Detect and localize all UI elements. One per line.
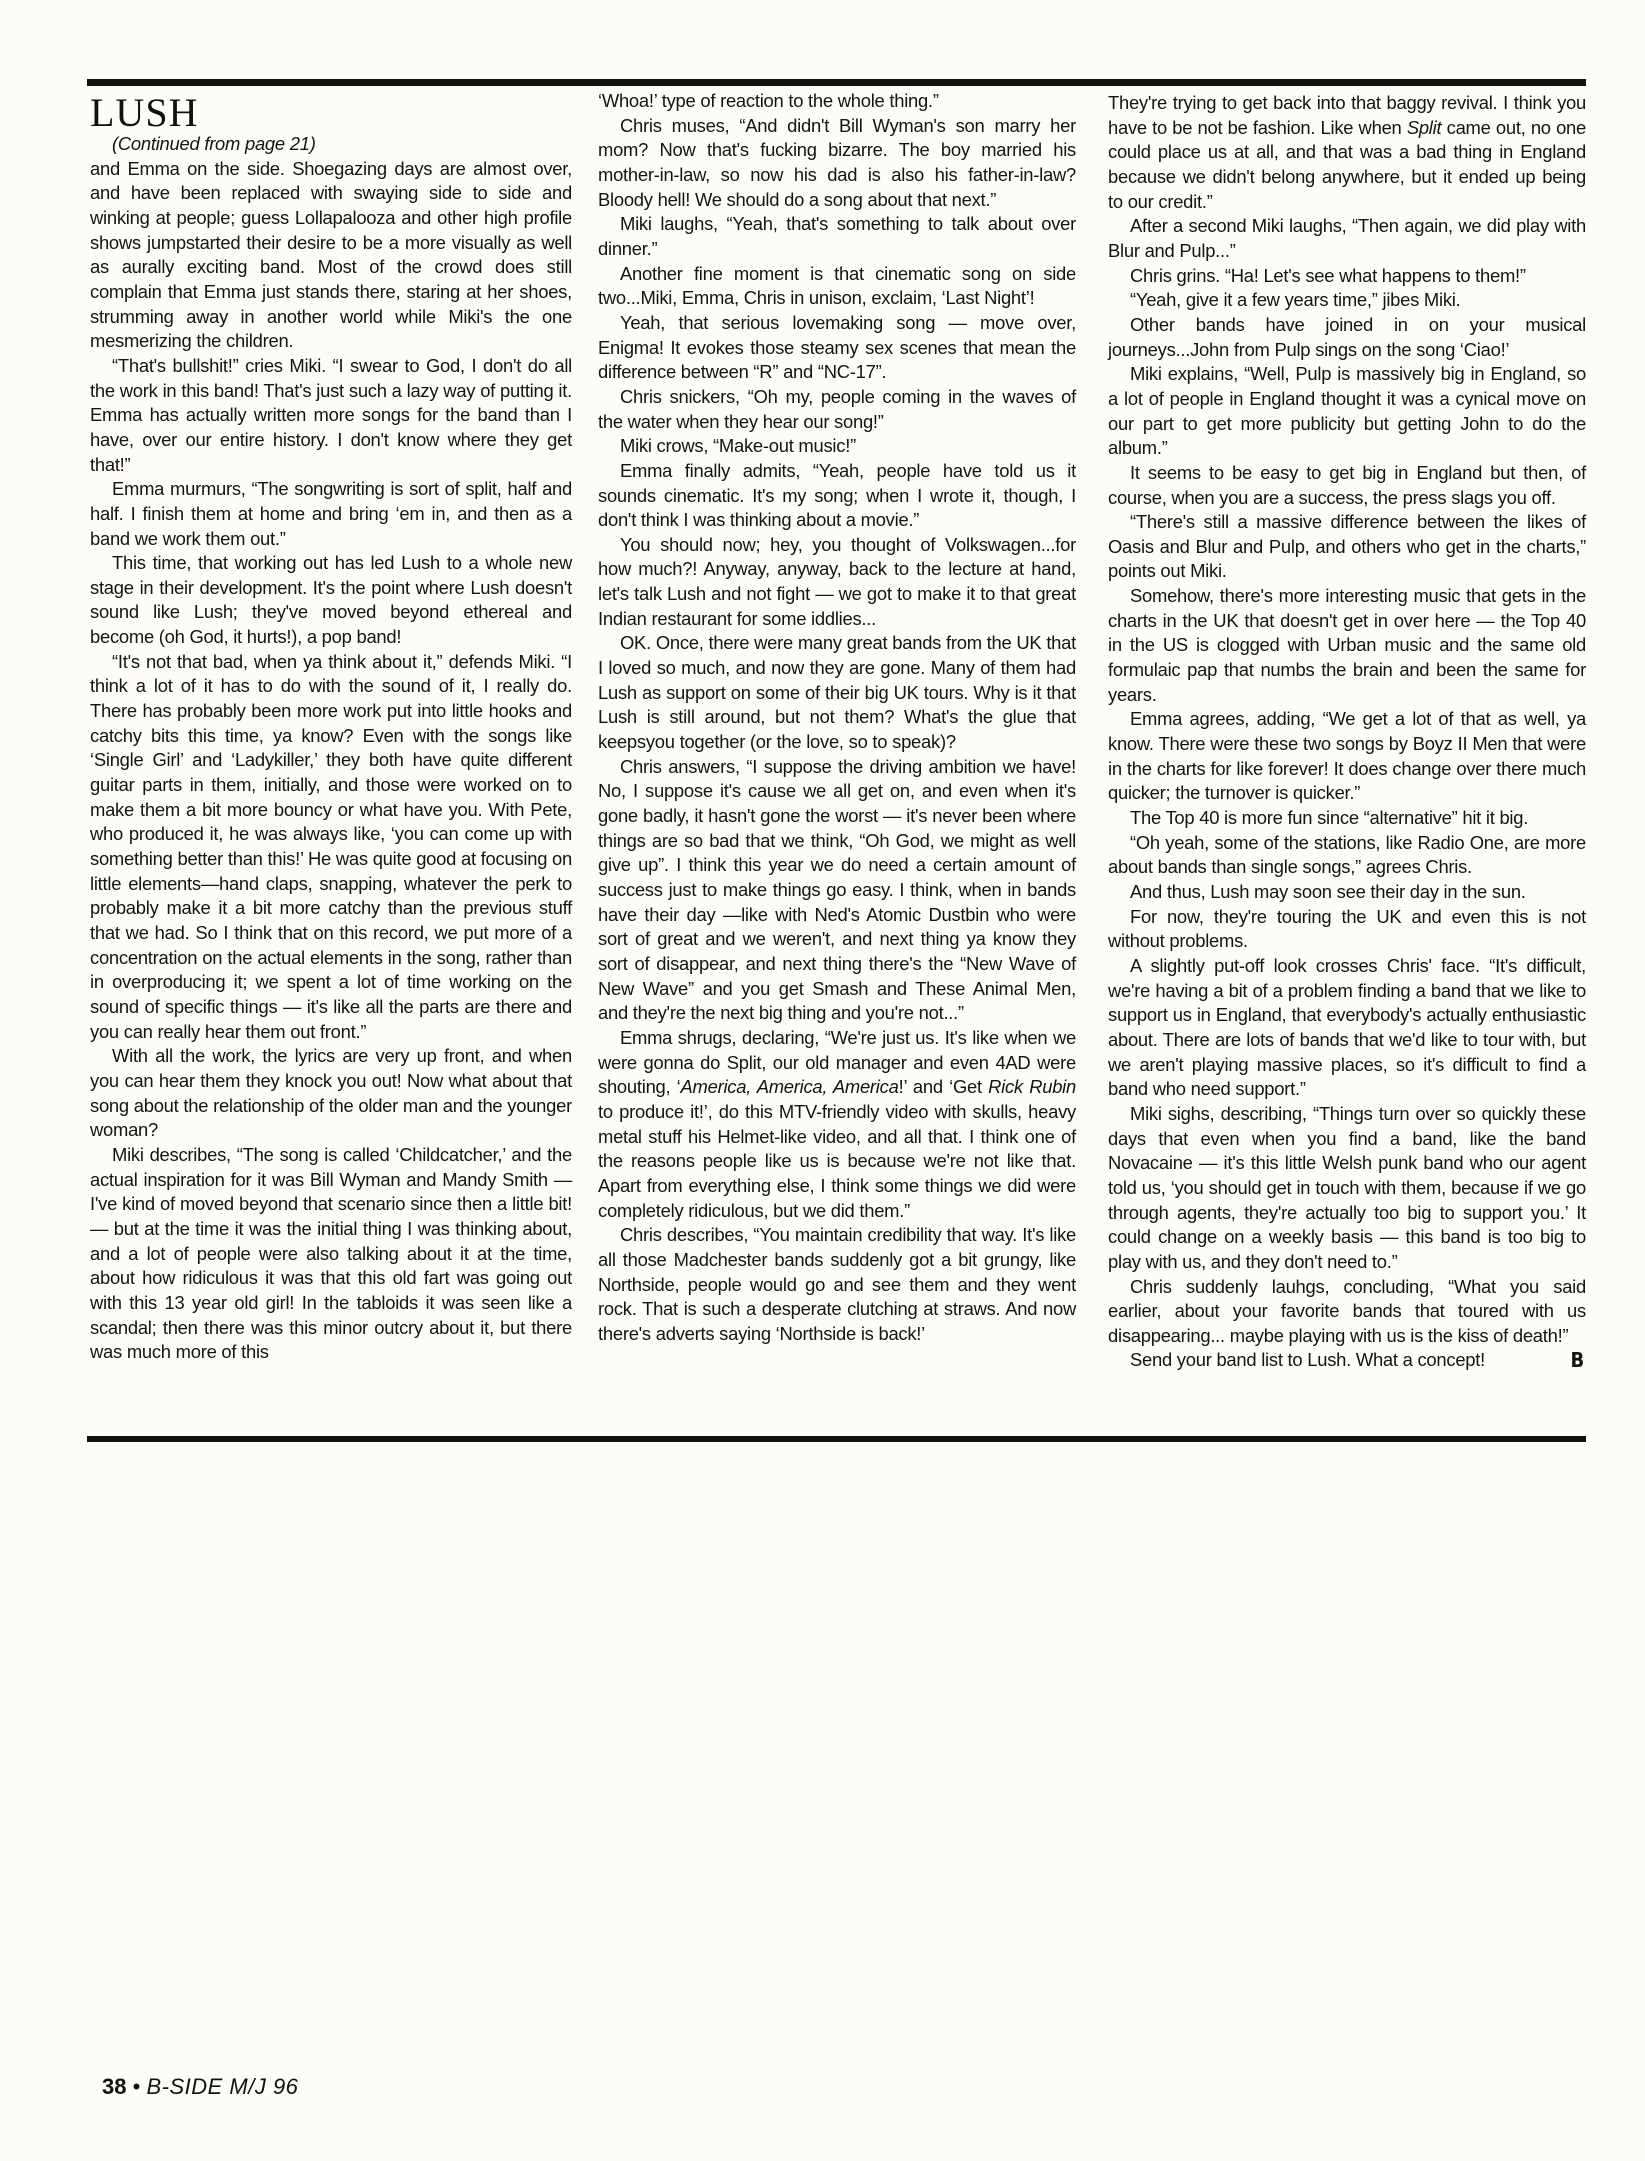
continued-note: (Continued from page 21) <box>90 132 572 157</box>
paragraph: Emma agrees, adding, “We get a lot of th… <box>1108 707 1586 806</box>
paragraph: Chris muses, “And didn't Bill Wyman's so… <box>598 114 1076 213</box>
page-number: 38 <box>102 2074 126 2099</box>
footer-separator: • <box>133 2074 141 2099</box>
page-footer: 38 • B-SIDE M/J 96 <box>102 2074 298 2100</box>
italic-text: America, America, America <box>681 1076 899 1097</box>
paragraph: Emma murmurs, “The songwriting is sort o… <box>90 477 572 551</box>
paragraph: Miki explains, “Well, Pulp is massively … <box>1108 362 1586 461</box>
italic-text: Split <box>1407 117 1442 138</box>
paragraph: The Top 40 is more fun since “alternativ… <box>1108 806 1586 831</box>
paragraph: Miki laughs, “Yeah, that's something to … <box>598 212 1076 261</box>
paragraph: “Yeah, give it a few years time,” jibes … <box>1108 288 1586 313</box>
paragraph: Miki describes, “The song is called ‘Chi… <box>90 1143 572 1365</box>
paragraph: After a second Miki laughs, “Then again,… <box>1108 214 1586 263</box>
paragraph: It seems to be easy to get big in Englan… <box>1108 461 1586 510</box>
paragraph: Yeah, that serious lovemaking song — mov… <box>598 311 1076 385</box>
paragraph: You should now; hey, you thought of Volk… <box>598 533 1076 632</box>
paragraph: “There's still a massive difference betw… <box>1108 510 1586 584</box>
top-rule <box>87 79 1586 86</box>
end-mark-icon: B <box>1549 1348 1584 1373</box>
paragraph: “It's not that bad, when ya think about … <box>90 650 572 1045</box>
paragraph: and Emma on the side. Shoegazing days ar… <box>90 157 572 354</box>
paragraph: Emma finally admits, “Yeah, people have … <box>598 459 1076 533</box>
paragraph: ‘Whoa!’ type of reaction to the whole th… <box>598 89 1076 114</box>
paragraph: This time, that working out has led Lush… <box>90 551 572 650</box>
paragraph: Chris grins. “Ha! Let's see what happens… <box>1108 264 1586 289</box>
article-title: LUSH <box>90 94 572 132</box>
text: Send your band list to Lush. What a conc… <box>1130 1349 1485 1370</box>
paragraph: Other bands have joined in on your music… <box>1108 313 1586 362</box>
paragraph: Chris snickers, “Oh my, people coming in… <box>598 385 1076 434</box>
paragraph: Miki crows, “Make-out music!” <box>598 434 1076 459</box>
text: !’ and ‘Get <box>899 1076 989 1097</box>
text: to produce it!’, do this MTV-friendly vi… <box>598 1101 1076 1221</box>
paragraph: Miki sighs, describing, “Things turn ove… <box>1108 1102 1586 1275</box>
paragraph: Chris answers, “I suppose the driving am… <box>598 755 1076 1026</box>
bottom-rule <box>87 1436 1586 1442</box>
paragraph: Chris describes, “You maintain credibili… <box>598 1223 1076 1346</box>
italic-text: Rick Rubin <box>988 1076 1076 1097</box>
publication-name: B-SIDE M/J 96 <box>146 2074 298 2099</box>
paragraph: Somehow, there's more interesting music … <box>1108 584 1586 707</box>
paragraph: OK. Once, there were many great bands fr… <box>598 631 1076 754</box>
paragraph: With all the work, the lyrics are very u… <box>90 1044 572 1143</box>
closing-paragraph: Send your band list to Lush. What a conc… <box>1108 1348 1586 1373</box>
paragraph: For now, they're touring the UK and even… <box>1108 905 1586 954</box>
paragraph: And thus, Lush may soon see their day in… <box>1108 880 1586 905</box>
column-middle: ‘Whoa!’ type of reaction to the whole th… <box>598 89 1076 1346</box>
paragraph: “That's bullshit!” cries Miki. “I swear … <box>90 354 572 477</box>
paragraph: Chris suddenly lauhgs, concluding, “What… <box>1108 1275 1586 1349</box>
paragraph: A slightly put-off look crosses Chris' f… <box>1108 954 1586 1102</box>
paragraph: “Oh yeah, some of the stations, like Rad… <box>1108 831 1586 880</box>
column-right: They're trying to get back into that bag… <box>1108 91 1586 1373</box>
column-left: LUSH (Continued from page 21) and Emma o… <box>90 88 572 1365</box>
paragraph: They're trying to get back into that bag… <box>1108 91 1586 214</box>
paragraph: Another fine moment is that cinematic so… <box>598 262 1076 311</box>
paragraph: Emma shrugs, declaring, “We're just us. … <box>598 1026 1076 1223</box>
